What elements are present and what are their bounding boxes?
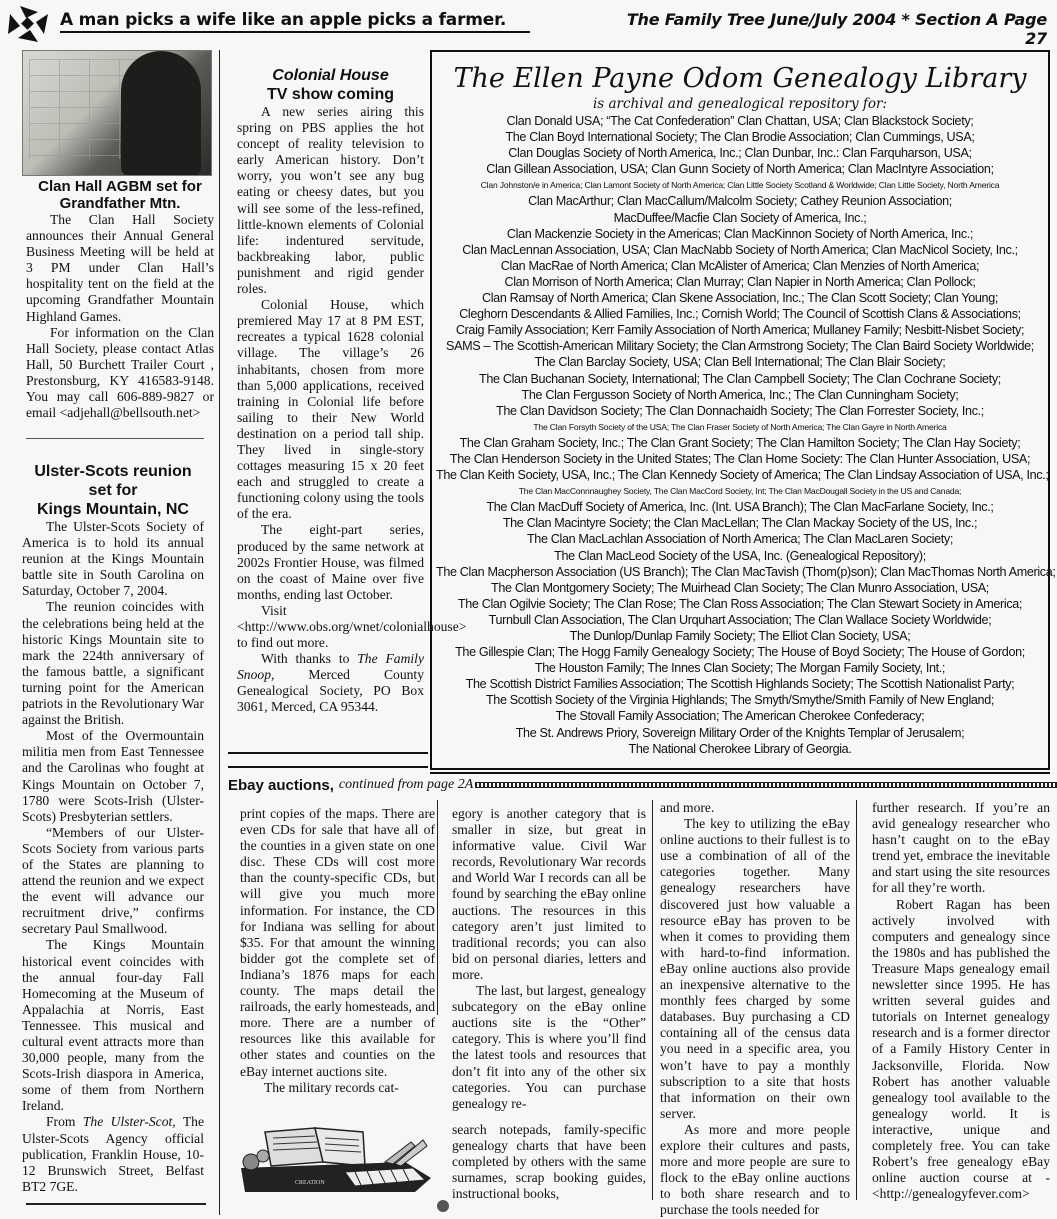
continued-note: continued from page 2A	[339, 777, 473, 793]
article-headline: Colonial House TV show coming	[237, 66, 424, 104]
article-paragraph: search notepads, family-specific genealo…	[452, 1122, 646, 1202]
library-repository-box: The Ellen Payne Odom Genealogy Library i…	[430, 50, 1050, 770]
divider	[228, 752, 428, 754]
article-link-paragraph: Visit <http://www.obs.org/wnet/colonialh…	[237, 603, 424, 651]
ebay-column-1: print copies of the maps. There are even…	[240, 806, 435, 1096]
article-paragraph: The Kings Mountain historical event coin…	[22, 937, 204, 1114]
library-society-line: Clan Johnston/e in America; Clan Lamont …	[436, 177, 1044, 193]
library-society-line: The Clan Davidson Society; The Clan Donn…	[436, 403, 1044, 419]
article-paragraph: A new series airing this spring on PBS a…	[237, 104, 424, 297]
article-thanks: With thanks to The Family Snoop, Merced …	[237, 651, 424, 715]
article-paragraph: For information on the Clan Hall Society…	[26, 325, 214, 422]
library-society-line: The Clan Graham Society, Inc.; The Clan …	[436, 435, 1044, 451]
library-society-line: The Scottish District Families Associati…	[436, 676, 1044, 692]
article-headline: Clan Hall AGBM set for Grandfather Mtn.	[26, 178, 214, 212]
column-rule	[437, 800, 438, 1015]
library-society-line: Clan Donald USA; “The Cat Confederation”…	[436, 113, 1044, 129]
library-society-line: The Clan Henderson Society in the United…	[436, 451, 1044, 467]
ebay-column-3: and more.The key to utilizing the eBay o…	[660, 800, 850, 1218]
library-title: The Ellen Payne Odom Genealogy Library	[436, 62, 1044, 96]
article-source: From The Ulster-Scot, The Ulster-Scots A…	[22, 1114, 204, 1194]
page-tagline: A man picks a wife like an apple picks a…	[60, 10, 530, 33]
library-society-line: The Dunlop/Dunlap Family Society; The El…	[436, 628, 1044, 644]
library-society-line: Clan MacLennan Association, USA; Clan Ma…	[436, 242, 1044, 258]
library-society-line: The Clan Macintyre Society; the Clan Mac…	[436, 515, 1044, 531]
article-paragraph: Robert Ragan has been actively involved …	[872, 897, 1050, 1203]
library-society-line: The Stovall Family Association; The Amer…	[436, 708, 1044, 724]
library-society-line: The Clan Keith Society, USA, Inc.; The C…	[436, 467, 1044, 483]
article-clan-hall: Clan Hall AGBM set for Grandfather Mtn. …	[26, 178, 214, 421]
article-paragraph: The key to utilizing the eBay online auc…	[660, 816, 850, 1122]
punch-hole-mark	[437, 1200, 449, 1212]
article-paragraph: As more and more people explore their cu…	[660, 1122, 850, 1219]
library-society-line: The Clan Buchanan Society, International…	[436, 371, 1044, 387]
library-society-line: The National Cherokee Library of Georgia…	[436, 741, 1044, 757]
divider	[26, 438, 204, 439]
library-society-line: The Gillespie Clan; The Hogg Family Gene…	[436, 644, 1044, 660]
article-paragraph: The last, but largest, genealogy subcate…	[452, 983, 646, 1112]
ebay-column-4: further research. If you’re an avid gene…	[872, 800, 1050, 1202]
article-paragraph: The reunion coincides with the celebrati…	[22, 599, 204, 728]
library-society-list: Clan Donald USA; “The Cat Confederation”…	[436, 113, 1044, 757]
article-paragraph: Most of the Overmountain militia men fro…	[22, 728, 204, 825]
divider	[430, 772, 1050, 774]
library-subtitle: is archival and genealogical repository …	[436, 96, 1044, 113]
article-paragraph: “Members of our Ulster-Scots Society fro…	[22, 825, 204, 938]
masthead: A man picks a wife like an apple picks a…	[0, 0, 1057, 44]
library-society-line: SAMS – The Scottish-American Military So…	[436, 338, 1044, 354]
divider	[228, 766, 428, 768]
pinwheel-logo-icon	[4, 4, 52, 44]
library-society-line: Turnbull Clan Association, The Clan Urqu…	[436, 612, 1044, 628]
article-paragraph: egory is another category that is smalle…	[452, 806, 646, 983]
library-society-line: The Clan MacLachlan Association of North…	[436, 531, 1044, 547]
library-society-line: The Clan Forsyth Society of the USA; The…	[436, 419, 1044, 435]
library-society-line: Clan MacArthur; Clan MacCallum/Malcolm S…	[436, 193, 1044, 209]
page-folio: The Family Tree June/July 2004 * Section…	[600, 10, 1047, 52]
article-paragraph: Colonial House, which premiered May 17 a…	[237, 297, 424, 522]
divider	[26, 1203, 206, 1205]
library-society-line: Clan Douglas Society of North America, I…	[436, 145, 1044, 161]
article-paragraph: The Ulster-Scots Society of America is t…	[22, 519, 204, 599]
library-society-line: The Clan MacConnnaughey Society, The Cla…	[436, 483, 1044, 499]
article-ulster-scots: Ulster-Scots reunion set for Kings Mount…	[22, 462, 204, 1195]
library-society-line: MacDuffee/Macfie Clan Society of America…	[436, 210, 1044, 226]
article-paragraph: The military records cat-	[240, 1080, 435, 1096]
man-at-hearth-photo	[22, 50, 212, 176]
ebay-headline: Ebay auctions,	[228, 777, 334, 794]
library-society-line: Clan Mackenzie Society in the Americas; …	[436, 226, 1044, 242]
library-society-line: Cleghorn Descendants & Allied Families, …	[436, 306, 1044, 322]
piano-sheet-music-illustration: CREATION	[235, 1122, 435, 1198]
article-paragraph: The eight-part series, produced by the s…	[237, 522, 424, 602]
ebay-column-2: egory is another category that is smalle…	[452, 806, 646, 1202]
library-society-line: Clan Gillean Association, USA; Clan Gunn…	[436, 161, 1044, 177]
library-society-line: Craig Family Association; Kerr Family As…	[436, 322, 1044, 338]
library-society-line: The Clan MacLeod Society of the USA, Inc…	[436, 548, 1044, 564]
article-paragraph: The Clan Hall Society announces their An…	[26, 212, 214, 325]
wavy-rule	[475, 782, 1057, 788]
article-colonial-house: Colonial House TV show coming A new seri…	[237, 66, 424, 716]
column-rule	[652, 800, 653, 1200]
column-rule	[856, 800, 857, 1200]
library-society-line: The Clan Fergusson Society of North Amer…	[436, 387, 1044, 403]
article-paragraph: and more.	[660, 800, 850, 816]
library-society-line: The St. Andrews Priory, Sovereign Milita…	[436, 725, 1044, 741]
library-society-line: The Clan Boyd International Society; The…	[436, 129, 1044, 145]
library-society-line: Clan Morrison of North America; Clan Mur…	[436, 274, 1044, 290]
library-society-line: Clan MacRae of North America; Clan McAli…	[436, 258, 1044, 274]
library-society-line: Clan Ramsay of North America; Clan Skene…	[436, 290, 1044, 306]
ebay-section-header: Ebay auctions, continued from page 2A	[228, 776, 1057, 794]
article-headline: Ulster-Scots reunion set for Kings Mount…	[22, 462, 204, 519]
library-society-line: The Houston Family; The Innes Clan Socie…	[436, 660, 1044, 676]
svg-text:CREATION: CREATION	[295, 1180, 325, 1186]
library-society-line: The Scottish Society of the Virginia Hig…	[436, 692, 1044, 708]
column-rule	[219, 50, 220, 1215]
article-paragraph: further research. If you’re an avid gene…	[872, 800, 1050, 897]
article-paragraph: print copies of the maps. There are even…	[240, 806, 435, 1080]
library-society-line: The Clan Barclay Society, USA; Clan Bell…	[436, 354, 1044, 370]
library-society-line: The Clan Ogilvie Society; The Clan Rose;…	[436, 596, 1044, 612]
library-society-line: The Clan Montgomery Society; The Muirhea…	[436, 580, 1044, 596]
library-society-line: The Clan Macpherson Association (US Bran…	[436, 564, 1044, 580]
library-society-line: The Clan MacDuff Society of America, Inc…	[436, 499, 1044, 515]
